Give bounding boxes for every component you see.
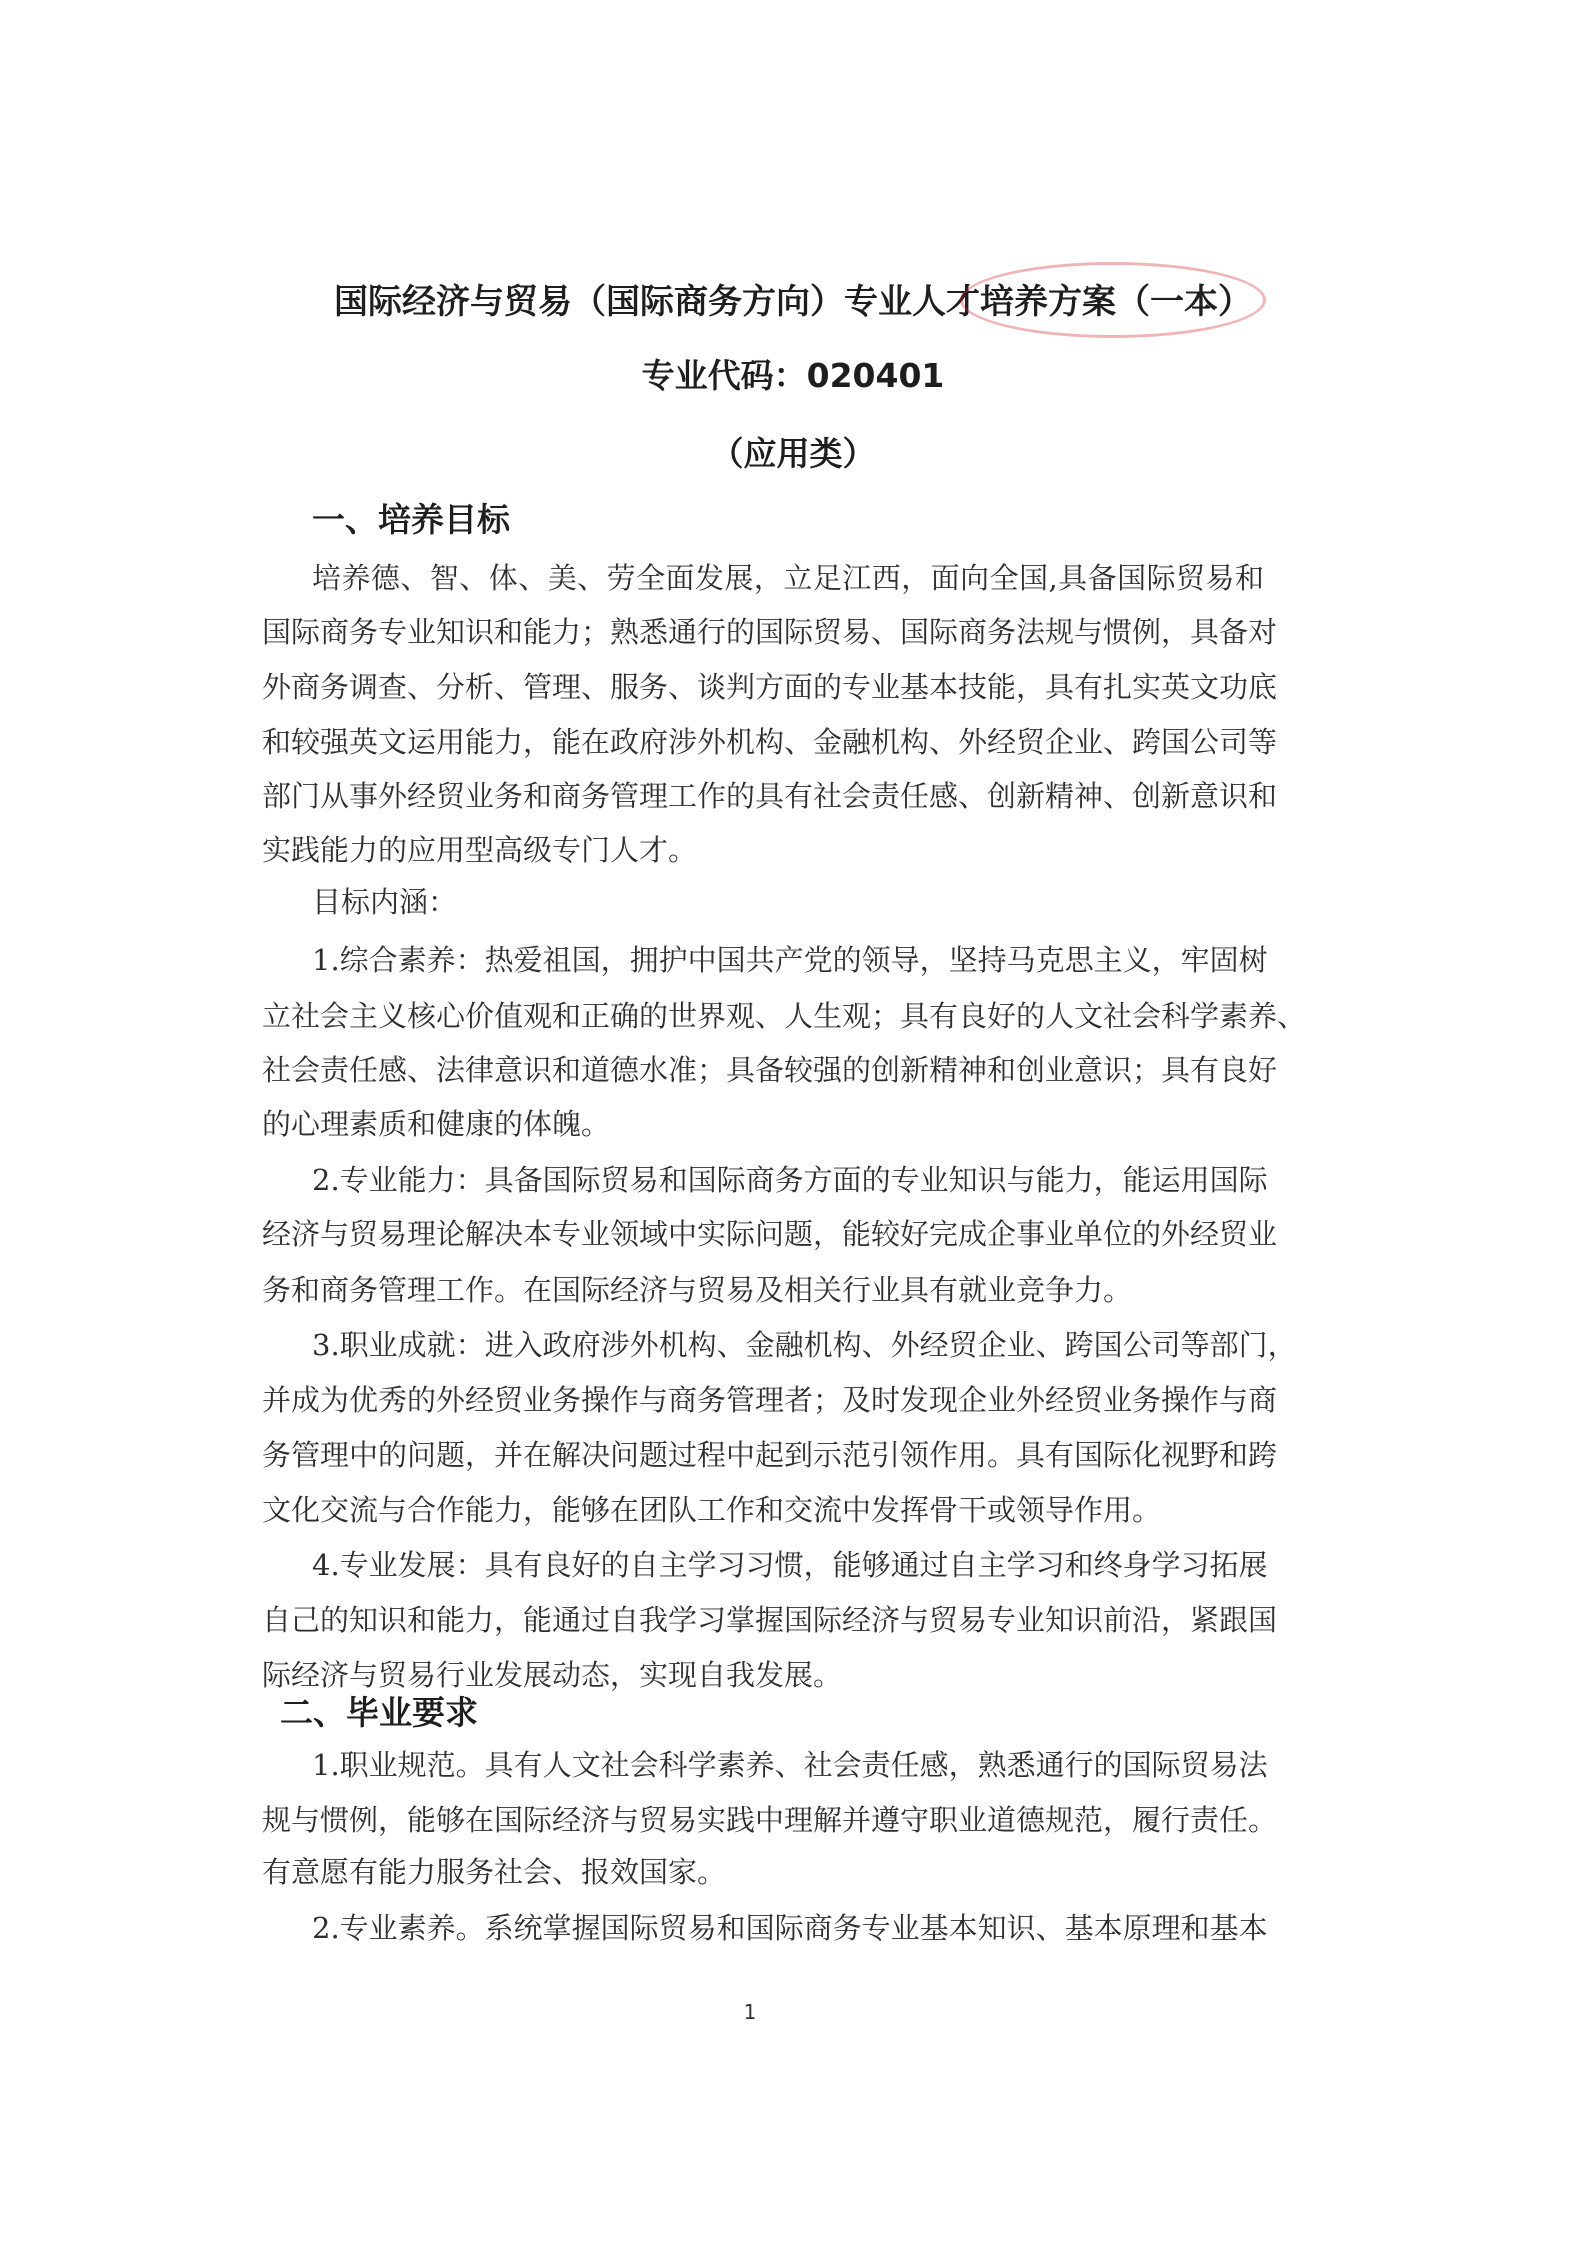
objective-item-line: 务管理中的问题，并在解决问题过程中起到示范引领作用。具有国际化视野和跨: [262, 1437, 1264, 1473]
objective-item-line: 自己的知识和能力，能通过自我学习掌握国际经济与贸易专业知识前沿，紧跟国: [262, 1602, 1264, 1638]
objective-item-line: 社会责任感、法律意识和道德水准；具备较强的创新精神和创业意识；具有良好: [262, 1052, 1264, 1088]
objective-item-line: 文化交流与合作能力，能够在团队工作和交流中发挥骨干或领导作用。: [262, 1492, 1264, 1528]
paragraph-line: 培养德、智、体、美、劳全面发展，立足江西，面向全国,具备国际贸易和: [312, 560, 1264, 596]
major-code: 专业代码：020401: [0, 350, 1586, 397]
document-page: 国际经济与贸易（国际商务方向）专业人才培养方案（一本） 专业代码：020401 …: [0, 0, 1586, 2245]
objective-item-line: 并成为优秀的外经贸业务操作与商务管理者；及时发现企业外经贸业务操作与商: [262, 1382, 1264, 1418]
page-number: 1: [740, 2000, 760, 2024]
requirement-item-line: 规与惯例，能够在国际经济与贸易实践中理解并遵守职业道德规范，履行责任。: [262, 1802, 1264, 1838]
objective-item-line: 3.职业成就：进入政府涉外机构、金融机构、外经贸企业、跨国公司等部门，: [312, 1327, 1264, 1363]
paragraph-line: 和较强英文运用能力，能在政府涉外机构、金融机构、外经贸企业、跨国公司等: [262, 724, 1264, 760]
requirement-item-line: 1.职业规范。具有人文社会科学素养、社会责任感，熟悉通行的国际贸易法: [312, 1747, 1264, 1783]
program-category: （应用类）: [0, 428, 1586, 475]
document-title: 国际经济与贸易（国际商务方向）专业人才培养方案（一本）: [0, 274, 1586, 323]
section-heading-graduation-requirements: 二、毕业要求: [280, 1687, 478, 1734]
section-heading-training-objectives: 一、培养目标: [312, 494, 510, 541]
objective-item-line: 的心理素质和健康的体魄。: [262, 1106, 1264, 1142]
paragraph-line: 国际商务专业知识和能力；熟悉通行的国际贸易、国际商务法规与惯例，具备对: [262, 614, 1264, 650]
objective-item-line: 4.专业发展：具有良好的自主学习习惯，能够通过自主学习和终身学习拓展: [312, 1547, 1264, 1583]
paragraph-line: 外商务调查、分析、管理、服务、谈判方面的专业基本技能，具有扎实英文功底: [262, 669, 1264, 705]
paragraph-line: 实践能力的应用型高级专门人才。: [262, 832, 1264, 868]
objective-item-line: 立社会主义核心价值观和正确的世界观、人生观；具有良好的人文社会科学素养、: [262, 998, 1264, 1034]
objective-subheading: 目标内涵：: [312, 884, 1264, 920]
requirement-item-line: 2.专业素养。系统掌握国际贸易和国际商务专业基本知识、基本原理和基本: [312, 1910, 1264, 1946]
objective-item-line: 经济与贸易理论解决本专业领域中实际问题，能较好完成企事业单位的外经贸业: [262, 1216, 1264, 1252]
objective-item-line: 2.专业能力：具备国际贸易和国际商务方面的专业知识与能力，能运用国际: [312, 1162, 1264, 1198]
objective-item-line: 1.综合素养：热爱祖国，拥护中国共产党的领导，坚持马克思主义，牢固树: [312, 942, 1264, 978]
objective-item-line: 务和商务管理工作。在国际经济与贸易及相关行业具有就业竞争力。: [262, 1272, 1264, 1308]
paragraph-line: 部门从事外经贸业务和商务管理工作的具有社会责任感、创新精神、创新意识和: [262, 778, 1264, 814]
requirement-item-line: 有意愿有能力服务社会、报效国家。: [262, 1854, 1264, 1890]
